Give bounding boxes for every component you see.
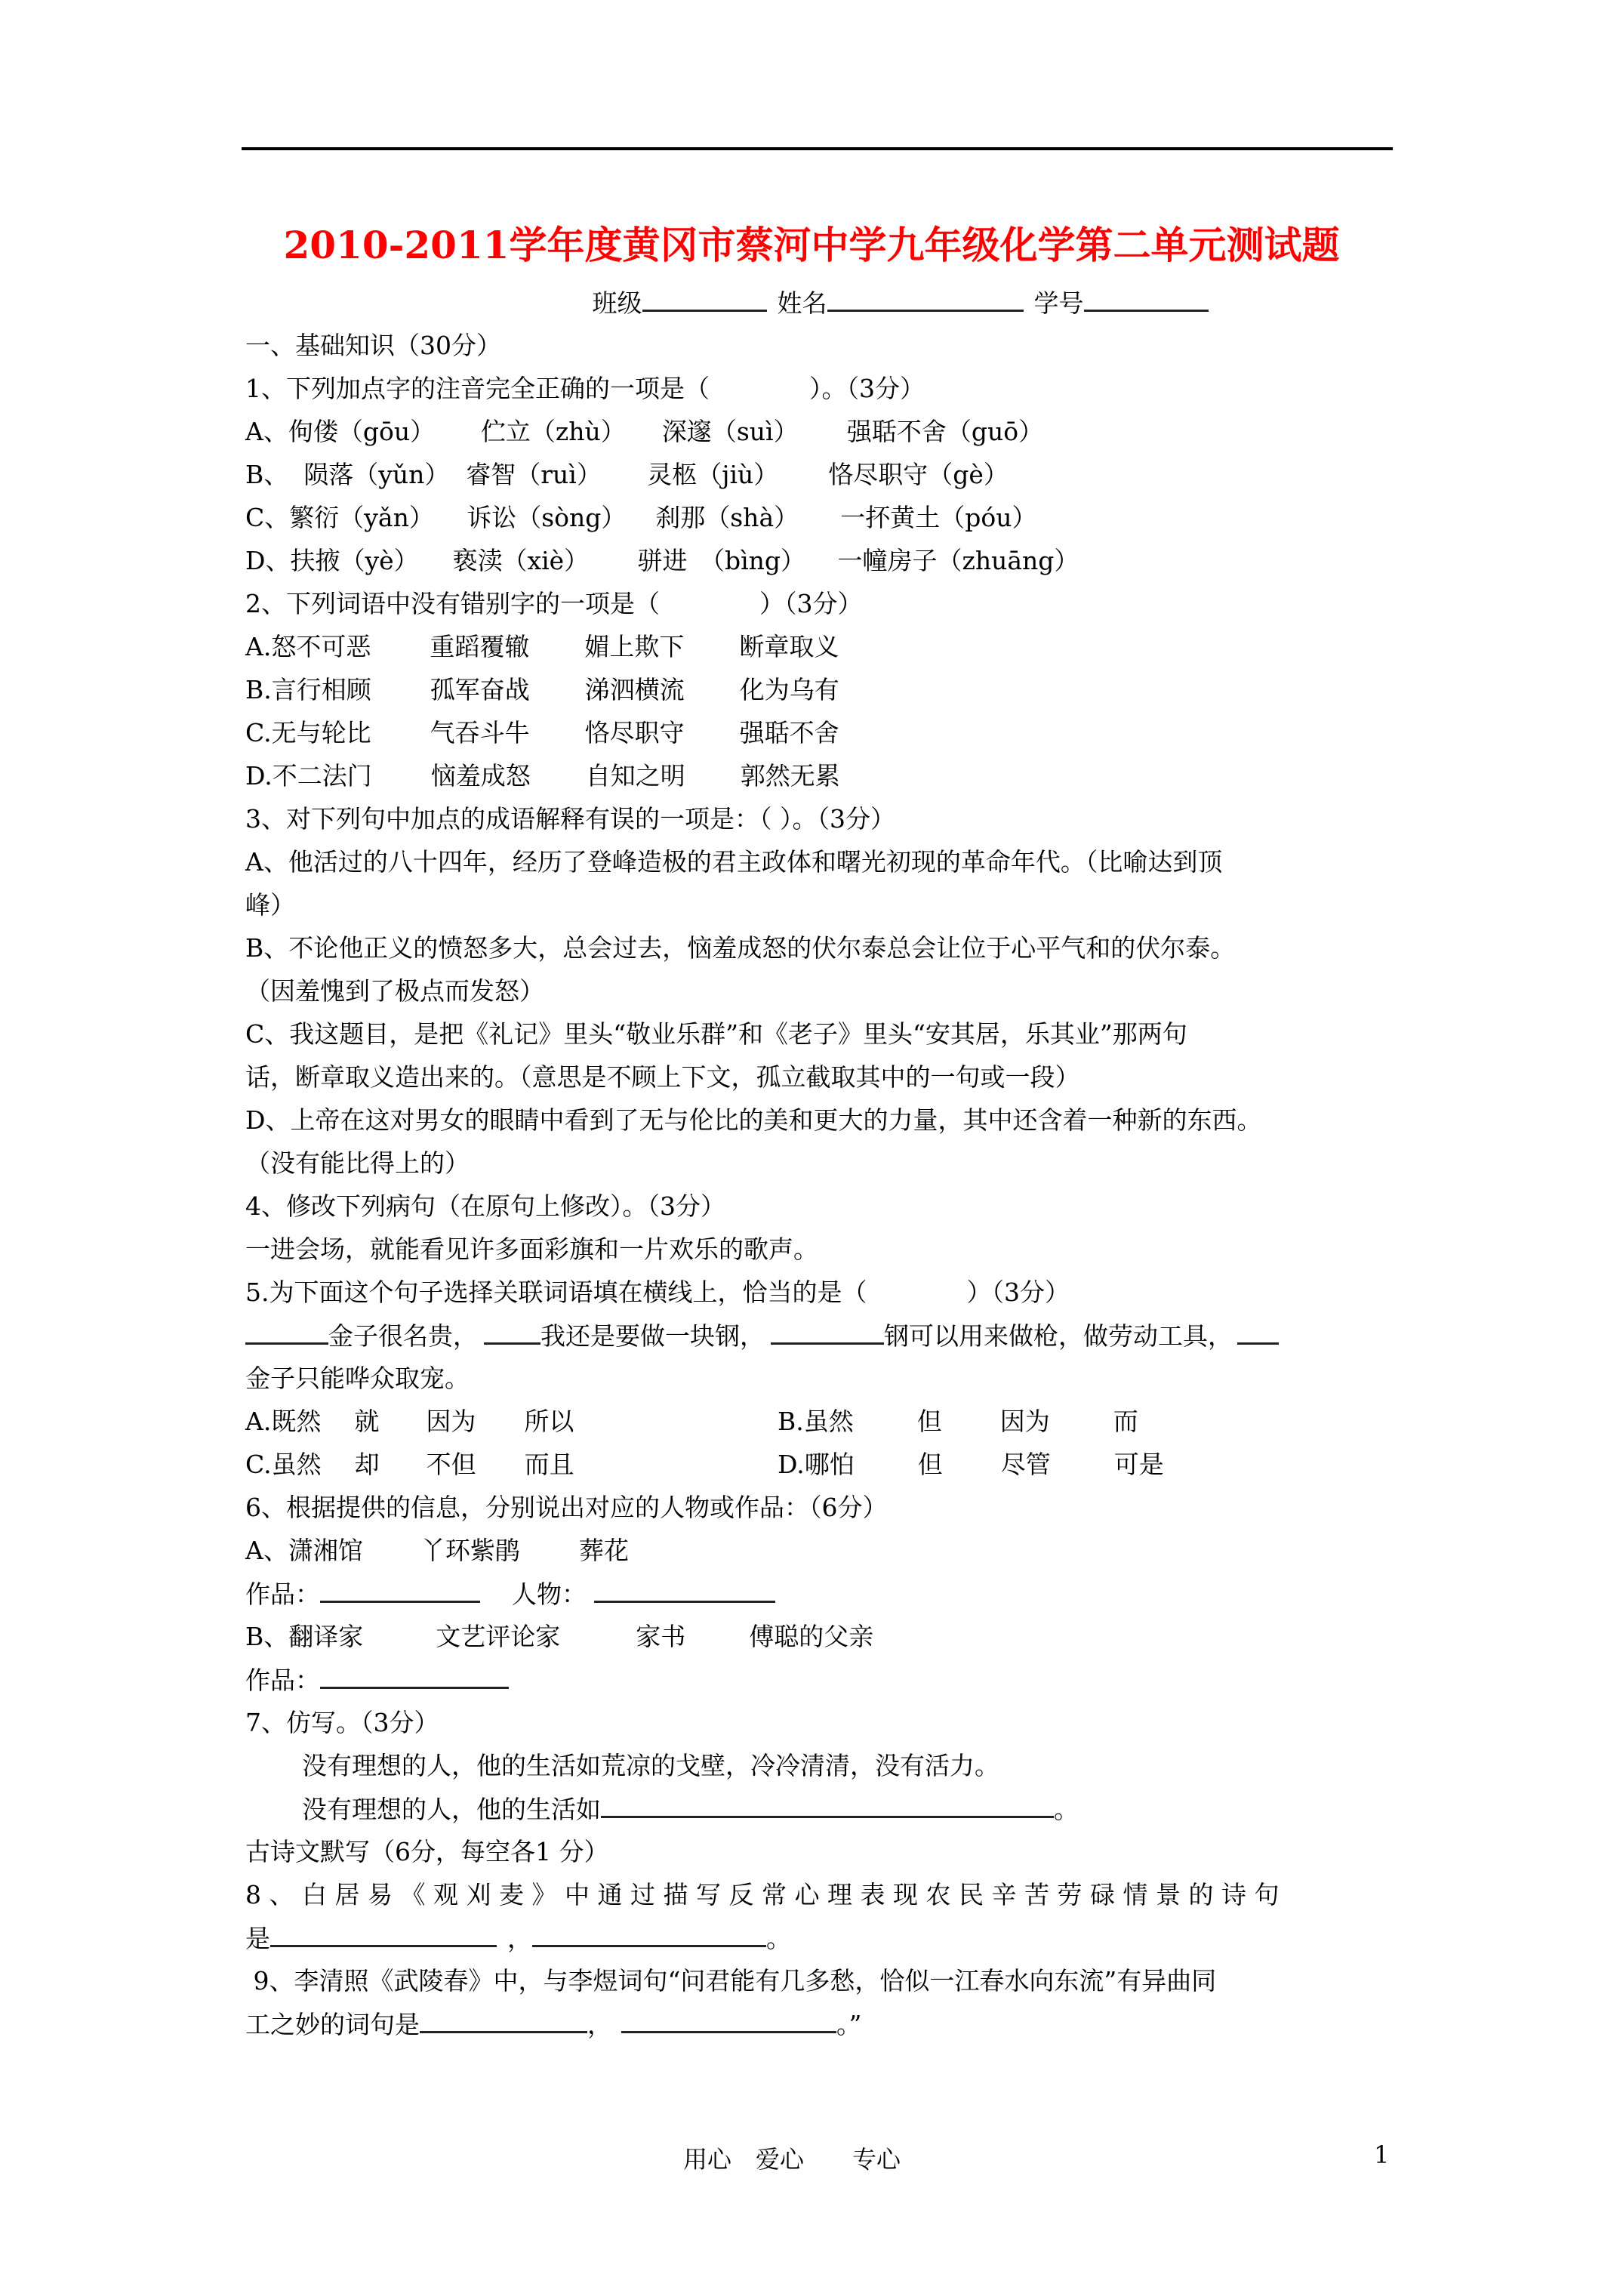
- option-label: D、: [245, 546, 290, 575]
- option-label: D.: [245, 761, 273, 791]
- q9-blank-1[interactable]: [420, 2002, 587, 2033]
- header-rule: [242, 147, 1393, 150]
- option-item: 媚上欺下: [584, 625, 739, 668]
- option-item: 涕泗横流: [585, 668, 740, 711]
- q1-option-a: A、佝偻（gōu）伫立（zhù）深邃（suì）强聒不舍（guō）: [245, 410, 1397, 453]
- poetry-heading: 古诗文默写（6分，每空各1 分）: [245, 1830, 1397, 1873]
- option-item: 恪尽职守: [585, 711, 740, 754]
- question-3-stem: 3、对下列句中加点的成语解释有误的一项是：（ ）。（3分）: [245, 797, 1397, 840]
- option-item: 诉讼（sòng）: [467, 496, 655, 539]
- q5-blank-2[interactable]: [484, 1314, 540, 1345]
- option-item: 扶掖（yè）: [290, 539, 452, 582]
- option-item: 而且: [525, 1443, 574, 1486]
- option-item: 可是: [1114, 1443, 1164, 1486]
- class-label: 班级: [593, 288, 642, 318]
- clue-item: 文艺评论家: [436, 1615, 636, 1658]
- option-item: 恼羞成怒: [431, 754, 586, 797]
- question-5-stem: 5.为下面这个句子选择关联词语填在横线上，恰当的是（ ）（3分）: [245, 1271, 1397, 1314]
- q7-prompt: 没有理想的人，他的生活如: [302, 1795, 601, 1824]
- question-7-stem: 7、仿写。（3分）: [245, 1701, 1397, 1744]
- q4-sentence[interactable]: 一进会场，就能看见许多面彩旗和一片欢乐的歌声。: [245, 1228, 1397, 1271]
- option-item: 因为: [1000, 1400, 1113, 1443]
- option-item: 断章取义: [739, 625, 839, 668]
- option-item: 强聒不舍（guō）: [847, 410, 1043, 453]
- option-item: 重蹈覆辙: [430, 625, 584, 668]
- q1-option-c: C、繁衍（yǎn）诉讼（sòng）刹那（shà）一抔黄土（póu）: [245, 496, 1397, 539]
- option-item: 骈进 （bìng）: [637, 539, 837, 582]
- q2-option-b: B.言行相顾孤军奋战涕泗横流化为乌有: [245, 668, 1397, 711]
- clue-item: 傅聪的父亲: [749, 1615, 873, 1658]
- q3-option-a-line2: 峰）: [245, 883, 1397, 926]
- q6-b-work-field[interactable]: [320, 1658, 509, 1689]
- option-label: A、: [245, 417, 288, 446]
- option-item: 尽管: [1001, 1443, 1114, 1486]
- footer-motto: 用心 爱心 专心: [683, 2140, 901, 2175]
- q3-option-b-line1: B、不论他正义的愤怒多大，总会过去，恼羞成怒的伏尔泰总会让位于心平气和的伏尔泰。: [245, 926, 1397, 969]
- option-label: C、: [245, 503, 289, 532]
- q2-option-a: A.怒不可恶重蹈覆辙媚上欺下断章取义: [245, 625, 1397, 668]
- q2-option-c: C.无与轮比气吞斗牛恪尽职守强聒不舍: [245, 711, 1397, 754]
- q8-blank-1[interactable]: [270, 1916, 497, 1947]
- clue-item: 葬花: [579, 1529, 629, 1572]
- q6-a-clues: A、潇湘馆丫环紫鹃葬花: [245, 1529, 1397, 1572]
- option-item: 深邃（suì）: [662, 410, 847, 453]
- q5-option-c: C.虽然却不但而且: [245, 1443, 778, 1486]
- q3-option-c-line1: C、我这题目，是把《礼记》里头“敬业乐群”和《老子》里头“安其居，乐其业”那两句: [245, 1012, 1397, 1056]
- exam-content: 班级姓名学号 一、基础知识（30分） 1、下列加点字的注音完全正确的一项是（ ）…: [245, 281, 1397, 2045]
- option-label: A、: [245, 1536, 288, 1565]
- option-item: 自知之明: [586, 754, 741, 797]
- q3-option-a-line1: A、他活过的八十四年，经历了登峰造极的君主政体和曙光初现的革命年代。（比喻达到顶: [245, 840, 1397, 883]
- q9-prefix: 工之妙的词句是: [245, 2010, 420, 2039]
- q7-example: 没有理想的人，他的生活如荒凉的戈壁，冷冷清清，没有活力。: [245, 1744, 1397, 1787]
- option-item: 就: [354, 1400, 426, 1443]
- q5-option-d: D.哪怕但尽管可是: [778, 1443, 1164, 1486]
- option-item: 不二法门: [273, 754, 431, 797]
- clue-item: 潇湘馆: [288, 1529, 420, 1572]
- q5-sentence-line2: 金子只能哗众取宠。: [245, 1357, 1397, 1400]
- q5-options-row-2: C.虽然却不但而且D.哪怕但尽管可是: [245, 1443, 1397, 1486]
- option-item: 一抔黄土（póu）: [840, 496, 1036, 539]
- question-2-stem: 2、下列词语中没有错别字的一项是（ ）（3分）: [245, 582, 1397, 625]
- q3-option-b-line2: （因羞愧到了极点而发怒）: [245, 969, 1397, 1012]
- q5-option-a: A.既然就因为所以: [245, 1400, 778, 1443]
- work-label: 作品：: [245, 1579, 320, 1609]
- q5-option-b: B.虽然但因为而: [778, 1400, 1138, 1443]
- sentence-part: 钢可以用来做枪，做劳动工具，: [884, 1321, 1233, 1351]
- option-item: 亵渎（xiè）: [452, 539, 637, 582]
- clue-item: 翻译家: [288, 1615, 436, 1658]
- option-item: 所以: [524, 1400, 574, 1443]
- q6-a-person-field[interactable]: [594, 1572, 775, 1603]
- option-item: 因为: [426, 1400, 524, 1443]
- student-id-field[interactable]: [1084, 281, 1209, 312]
- q7-answer-field[interactable]: [601, 1787, 1054, 1818]
- option-item: 郭然无累: [741, 754, 840, 797]
- name-field[interactable]: [827, 281, 1024, 312]
- option-item: 言行相顾: [272, 668, 430, 711]
- person-label: 人物：: [512, 1579, 587, 1609]
- q6-b-clues: B、翻译家文艺评论家家书傅聪的父亲: [245, 1615, 1397, 1658]
- class-field[interactable]: [642, 281, 767, 312]
- option-item: 一幢房子（zhuāng）: [837, 539, 1079, 582]
- option-item: 哪怕: [805, 1443, 918, 1486]
- option-item: 不但: [427, 1443, 525, 1486]
- option-label: B.: [778, 1407, 804, 1436]
- q3-option-d-line2: （没有能比得上的）: [245, 1142, 1397, 1185]
- question-6-stem: 6、根据提供的信息，分别说出对应的人物或作品：（6分）: [245, 1486, 1397, 1529]
- option-label: D.: [778, 1450, 805, 1479]
- work-label: 作品：: [245, 1666, 320, 1695]
- option-item: 刹那（shà）: [655, 496, 840, 539]
- option-item: 繁衍（yǎn）: [289, 496, 467, 539]
- option-item: 既然: [271, 1400, 354, 1443]
- q8-blank-2[interactable]: [532, 1916, 766, 1947]
- option-item: 恪尽职守（gè）: [828, 453, 1009, 496]
- page-number: 1: [1374, 2140, 1389, 2169]
- option-item: 化为乌有: [740, 668, 839, 711]
- option-item: 怒不可恶: [271, 625, 430, 668]
- q8-answer-row: 是，。: [245, 1916, 1397, 1959]
- option-item: 虽然: [272, 1443, 355, 1486]
- page-title: 2010-2011学年度黄冈市蔡河中学九年级化学第二单元测试题: [0, 215, 1623, 270]
- question-9-stem: 9、李清照《武陵春》中，与李煜词句“问君能有几多愁，恰似一江春水向东流”有异曲同: [245, 1959, 1397, 2002]
- punctuation: 。: [766, 1924, 791, 1953]
- option-item: 灵柩（jiù）: [647, 453, 828, 496]
- option-item: 伫立（zhù）: [481, 410, 662, 453]
- option-label: A.: [245, 632, 271, 661]
- option-label: B、: [245, 1622, 288, 1651]
- q6-a-work-field[interactable]: [320, 1572, 480, 1603]
- q6-a-answers: 作品：人物：: [245, 1572, 1397, 1615]
- q8-prefix: 是: [245, 1924, 270, 1953]
- q5-blank-4[interactable]: [1237, 1314, 1279, 1345]
- option-item: 但: [918, 1443, 1001, 1486]
- option-label: B、: [245, 460, 288, 489]
- question-4-stem: 4、修改下列病句（在原句上修改）。（3分）: [245, 1185, 1397, 1228]
- option-label: C.: [245, 1450, 272, 1479]
- option-label: C.: [245, 718, 272, 747]
- page-footer: 用心 爱心 专心 1: [0, 2140, 1623, 2178]
- q3-option-c-line2: 话，断章取义造出来的。（意思是不顾上下文，孤立截取其中的一句或一段）: [245, 1056, 1397, 1099]
- clue-item: 家书: [636, 1615, 749, 1658]
- option-item: 强聒不舍: [740, 711, 839, 754]
- option-item: 但: [917, 1400, 1000, 1443]
- question-1-stem: 1、下列加点字的注音完全正确的一项是（ ）。（3分）: [245, 367, 1397, 410]
- q5-blank-3[interactable]: [771, 1314, 884, 1345]
- sentence-part: 我还是要做一块钢，: [540, 1321, 765, 1351]
- option-item: 睿智（ruì）: [466, 453, 647, 496]
- option-item: 佝偻（gōu）: [288, 410, 481, 453]
- q7-prompt-row: 没有理想的人，他的生活如。: [245, 1787, 1397, 1830]
- q1-option-b: B、陨落（yǔn）睿智（ruì）灵柩（jiù）恪尽职守（gè）: [245, 453, 1397, 496]
- punctuation: 。”: [836, 2010, 861, 2039]
- q6-b-answers: 作品：: [245, 1658, 1397, 1701]
- option-item: 虽然: [804, 1400, 917, 1443]
- option-label: B.: [245, 675, 272, 704]
- q3-option-d-line1: D、上帝在这对男女的眼睛中看到了无与伦比的美和更大的力量，其中还含着一种新的东西…: [245, 1099, 1397, 1142]
- option-item: 却: [355, 1443, 427, 1486]
- punctuation: ，: [507, 1924, 532, 1953]
- option-item: 孤军奋战: [430, 668, 585, 711]
- option-item: 陨落（yǔn）: [303, 453, 466, 496]
- option-label: A.: [245, 1407, 271, 1436]
- q9-answer-row: 工之妙的词句是，。”: [245, 2002, 1397, 2045]
- student-info-row: 班级姓名学号: [245, 281, 1397, 324]
- punctuation: ，: [587, 2010, 612, 2039]
- q9-blank-2[interactable]: [621, 2002, 836, 2033]
- q5-options-row-1: A.既然就因为所以B.虽然但因为而: [245, 1400, 1397, 1443]
- clue-item: 丫环紫鹃: [420, 1529, 579, 1572]
- student-id-label: 学号: [1034, 288, 1084, 318]
- option-item: 气吞斗牛: [430, 711, 585, 754]
- sentence-part: 金子很名贵，: [328, 1321, 478, 1351]
- name-label: 姓名: [778, 288, 827, 318]
- question-8-stem: 8、白居易《观刈麦》中通过描写反常心理表现农民辛苦劳碌情景的诗句: [245, 1873, 1397, 1916]
- q2-option-d: D.不二法门恼羞成怒自知之明郭然无累: [245, 754, 1397, 797]
- q1-option-d: D、扶掖（yè）亵渎（xiè）骈进 （bìng）一幢房子（zhuāng）: [245, 539, 1397, 582]
- q5-blank-1[interactable]: [245, 1314, 328, 1345]
- option-item: 而: [1113, 1400, 1138, 1443]
- option-item: 无与轮比: [272, 711, 430, 754]
- q5-sentence-line1: 金子很名贵，我还是要做一块钢，钢可以用来做枪，做劳动工具，: [245, 1314, 1397, 1357]
- punctuation: 。: [1054, 1795, 1079, 1824]
- section-heading: 一、基础知识（30分）: [245, 324, 1397, 367]
